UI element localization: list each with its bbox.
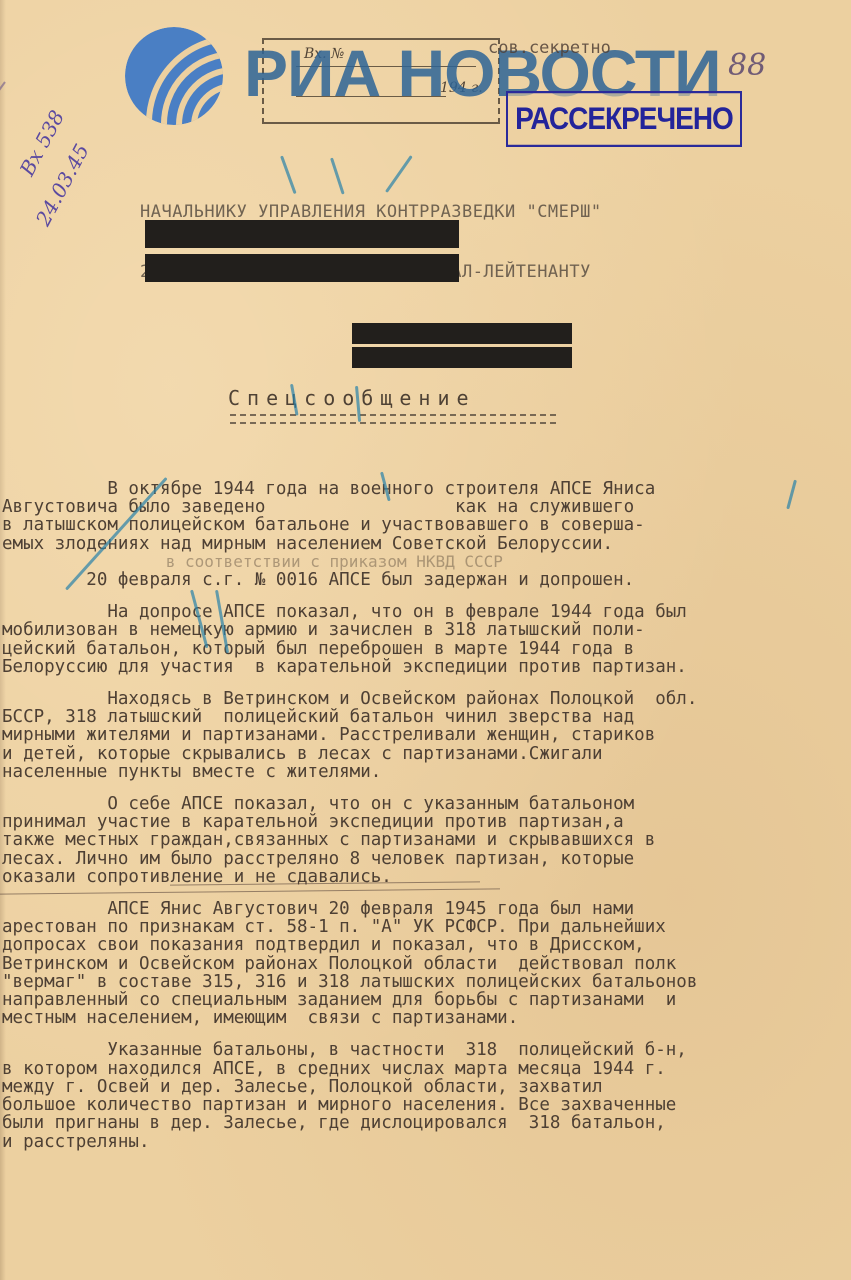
text-line: и расстреляны. [2,1133,842,1151]
text-line: допросах свои показания подтвердил и пок… [2,936,842,954]
document-title: Спецсообщение [228,386,476,410]
folio-number: 88 [728,48,766,83]
paragraph: Находясь в Ветринском и Освейском района… [2,690,842,781]
text-line: О себе АПСЕ показал, что он с указанным … [2,795,842,813]
paragraph: В октябре 1944 года на военного строител… [2,480,842,589]
text-line: оказали сопротивление и не сдавались. [2,868,842,886]
redaction-bar [352,323,572,344]
text-line: в котором находился АПСЕ, в средних числ… [2,1060,842,1078]
text-line: емых злодениях над мирным населением Сов… [2,535,842,553]
margin-divider [0,81,6,195]
document-body: В октябре 1944 года на военного строител… [2,480,842,1151]
classification-mark: сов.секретно [488,38,611,58]
title-underline [230,414,556,424]
text-line: На допросе АПСЕ показал, что он в феврал… [2,603,842,621]
paragraph-gap [2,589,842,603]
paragraph-gap [2,676,842,690]
text-line: В октябре 1944 года на военного строител… [2,480,842,498]
text-line: арестован по признакам ст. 58-1 п. "А" У… [2,918,842,936]
text-line: в соответствии с приказом НКВД СССР [2,553,842,571]
text-line: Августовича было заведено как на служивш… [2,498,842,516]
text-line: принимал участие в карательной экспедици… [2,813,842,831]
text-line: цейский батальон, который был переброшен… [2,640,842,658]
text-line: между г. Освей и дер. Залесье, Полоцкой … [2,1078,842,1096]
text-line: местным населением, имеющим связи с парт… [2,1009,842,1027]
text-line: АПСЕ Янис Августович 20 февраля 1945 год… [2,900,842,918]
text-line: Указанные батальоны, в частности 318 пол… [2,1041,842,1059]
redaction-bar [145,220,459,248]
redaction-bar [145,254,459,282]
text-line: БССР, 318 латышский полицейский батальон… [2,708,842,726]
text-line: также местных граждан,связанных с партиз… [2,831,842,849]
ria-globe-icon [124,26,228,126]
paragraph-gap [2,781,842,795]
text-line: Ветринском и Освейском районах Полоцкой … [2,955,842,973]
text-line: 20 февраля с.г. № 0016 АПСЕ был задержан… [2,571,842,589]
paragraph: Указанные батальоны, в частности 318 пол… [2,1041,842,1150]
paragraph: О себе АПСЕ показал, что он с указанным … [2,795,842,886]
text-line: населенные пункты вместе с жителями. [2,763,842,781]
text-line: мобилизован в немецкую армию и зачислен … [2,621,842,639]
redaction-bar [352,347,572,368]
text-line: "вермаг" в составе 315, 316 и 318 латышс… [2,973,842,991]
paragraph: На допросе АПСЕ показал, что он в феврал… [2,603,842,676]
text-line: и детей, которые скрывались в лесах с па… [2,745,842,763]
text-line: мирными жителями и партизанами. Расстрел… [2,726,842,744]
text-line: были пригнаны в дер. Залесье, где дислоц… [2,1114,842,1132]
addressee-line: НАЧАЛЬНИКУ УПРАВЛЕНИЯ КОНТРРАЗВЕДКИ "СМЕ… [140,202,602,222]
text-line: лесах. Лично им было расстреляно 8 челов… [2,850,842,868]
text-line: Белоруссию для участия в карательной экс… [2,658,842,676]
text-line: большое количество партизан и мирного на… [2,1096,842,1114]
text-line: направленный со специальным заданием для… [2,991,842,1009]
text-line: Находясь в Ветринском и Освейском района… [2,690,842,708]
paragraph: АПСЕ Янис Августович 20 февраля 1945 год… [2,900,842,1027]
declassified-stamp: РАССЕКРЕЧЕНО [506,91,742,147]
paragraph-gap [2,1027,842,1041]
